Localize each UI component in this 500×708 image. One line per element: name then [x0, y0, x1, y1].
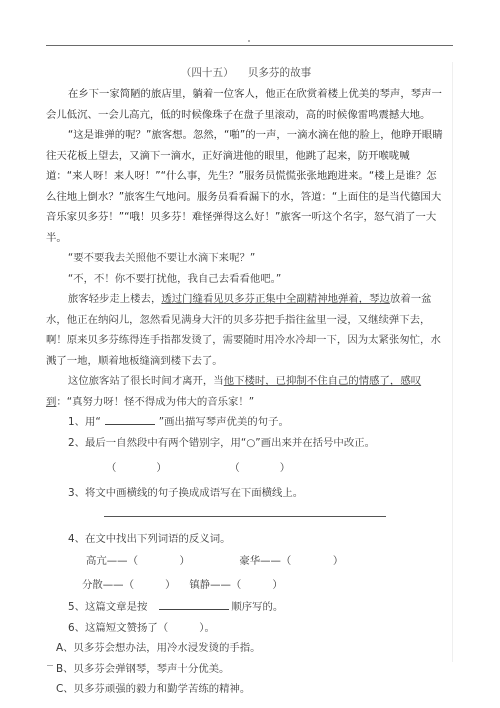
antonym-item[interactable]: 豪华——（ ）	[239, 549, 343, 573]
paragraph-6-start: 这位旅客站了很长时间才离开，当	[68, 375, 224, 387]
close-paren: ）	[156, 462, 166, 474]
underlined-sentence-1: 透过门缝看见贝多芬正集中全副精神地弹着，琴边	[161, 293, 390, 305]
q1-blank[interactable]	[105, 414, 155, 425]
antonym-item[interactable]: 分散——（ ）	[82, 573, 186, 597]
question-6: 6、这篇短文赞扬了（ ）。	[46, 618, 446, 639]
q5-blank[interactable]	[159, 599, 229, 610]
paragraph-6: 这位旅客站了很长时间才离开，当他下楼时，已抑制不住自己的情感了，感叹到：“真努力…	[46, 371, 446, 412]
q4-row-1: 高亢——（ ） 豪华——（ ）	[46, 549, 446, 573]
question-5: 5、这篇文章是按顺序写的。	[46, 597, 446, 618]
q2-answer-box-2[interactable]: （）	[229, 453, 349, 483]
question-2: 2、最后一自然段中有两个错别字，用“○”画出来并在括号中改正。	[46, 433, 446, 454]
q1-text-end: ”画出描写琴声优美的句子。	[159, 416, 289, 428]
question-1: 1、用“”画出描写琴声优美的句子。	[46, 412, 446, 433]
q3-answer-line[interactable]	[104, 516, 386, 517]
antonym-blank: （ ）	[231, 579, 283, 591]
antonym-word: 豪华——	[239, 555, 281, 567]
antonym-blank: （ ）	[281, 555, 343, 567]
antonym-item[interactable]: 高亢——（ ）	[86, 549, 236, 573]
antonym-word: 高亢——	[86, 555, 128, 567]
q2-answer-row: （） （）	[46, 453, 446, 483]
q5-text-start: 5、这篇文章是按	[68, 601, 147, 613]
header-dot	[248, 40, 250, 42]
antonym-word: 分散——	[82, 579, 124, 591]
q6-option-b[interactable]: B、贝多芬会弹钢琴，琴声十分优美。	[46, 659, 446, 680]
antonym-word: 镇静——	[189, 579, 231, 591]
header-rule	[46, 45, 453, 46]
paragraph-3: “要不要我去关照他不要让水滴下来呢？”	[46, 248, 446, 269]
question-3: 3、将文中画横线的句子换成成语写在下面横线上。	[46, 483, 446, 504]
open-paren: （	[106, 462, 116, 474]
open-paren: （	[229, 462, 239, 474]
q4-row-2: 分散——（ ） 镇静——（ ）	[46, 573, 446, 597]
title-text: 贝多芬的故事	[248, 67, 312, 79]
paragraph-6-end: ：“真努力呀！怪不得成为伟大的音乐家！”	[56, 396, 254, 408]
worksheet-page: （四十五）贝多芬的故事 在乡下一家简陋的旅店里，躺着一位客人，他正在欣赏着楼上优…	[46, 62, 446, 700]
page-title: （四十五）贝多芬的故事	[46, 62, 446, 84]
paragraph-5-start: 旅客轻步走上楼去，	[68, 293, 162, 305]
title-number: （四十五）	[181, 67, 234, 79]
q5-text-end: 顺序写的。	[231, 601, 283, 613]
q6-option-a[interactable]: A、贝多芬会想办法，用冷水浸发烫的手指。	[46, 638, 446, 659]
paragraph-5: 旅客轻步走上楼去，透过门缝看见贝多芬正集中全副精神地弹着，琴边放着一盆水，他正在…	[46, 289, 446, 371]
antonym-blank: （ ）	[124, 579, 176, 591]
antonym-blank: （ ）	[128, 555, 190, 567]
question-4: 4、在文中找出下列词语的反义词。	[46, 529, 446, 550]
close-paren: ）	[280, 462, 290, 474]
antonym-item[interactable]: 镇静——（ ）	[189, 573, 283, 597]
q2-answer-box-1[interactable]: （）	[106, 453, 226, 483]
q1-text-start: 1、用“	[68, 416, 101, 428]
footer-mark	[47, 665, 53, 666]
page-edge	[452, 62, 453, 662]
paragraph-4: “不，不！你不要打扰他，我自己去看看他吧。”	[46, 269, 446, 290]
q6-option-c[interactable]: C、贝多芬顽强的毅力和勤学苦练的精神。	[46, 679, 446, 700]
paragraph-2: “这是谁弹的呢？”旅客想。忽然，“啪”的一声，一滴水滴在他的脸上，他睁开眼睛往天…	[46, 125, 446, 248]
paragraph-1: 在乡下一家简陋的旅店里，躺着一位客人，他正在欣赏着楼上优美的琴声，琴声一会儿低沉…	[46, 84, 446, 125]
